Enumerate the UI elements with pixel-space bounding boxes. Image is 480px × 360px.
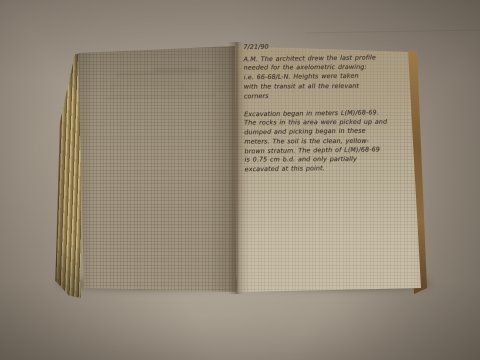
journal-paragraph: A.M. The architect drew the last profile… <box>243 53 415 101</box>
journal-date: 7/21/90 <box>243 41 415 52</box>
show-through-marks <box>112 83 184 96</box>
notebook: 7/21/90 A.M. The architect drew the last… <box>52 28 432 318</box>
left-page-blank-grid <box>76 44 238 294</box>
journal-line: corners <box>244 90 416 102</box>
page-edge-stack <box>54 54 81 298</box>
show-through-marks <box>106 95 216 100</box>
journal-entry: 7/21/90 A.M. The architect drew the last… <box>243 41 416 174</box>
journal-paragraph: Excavation began in meters L(M)/68-69. T… <box>244 108 417 174</box>
